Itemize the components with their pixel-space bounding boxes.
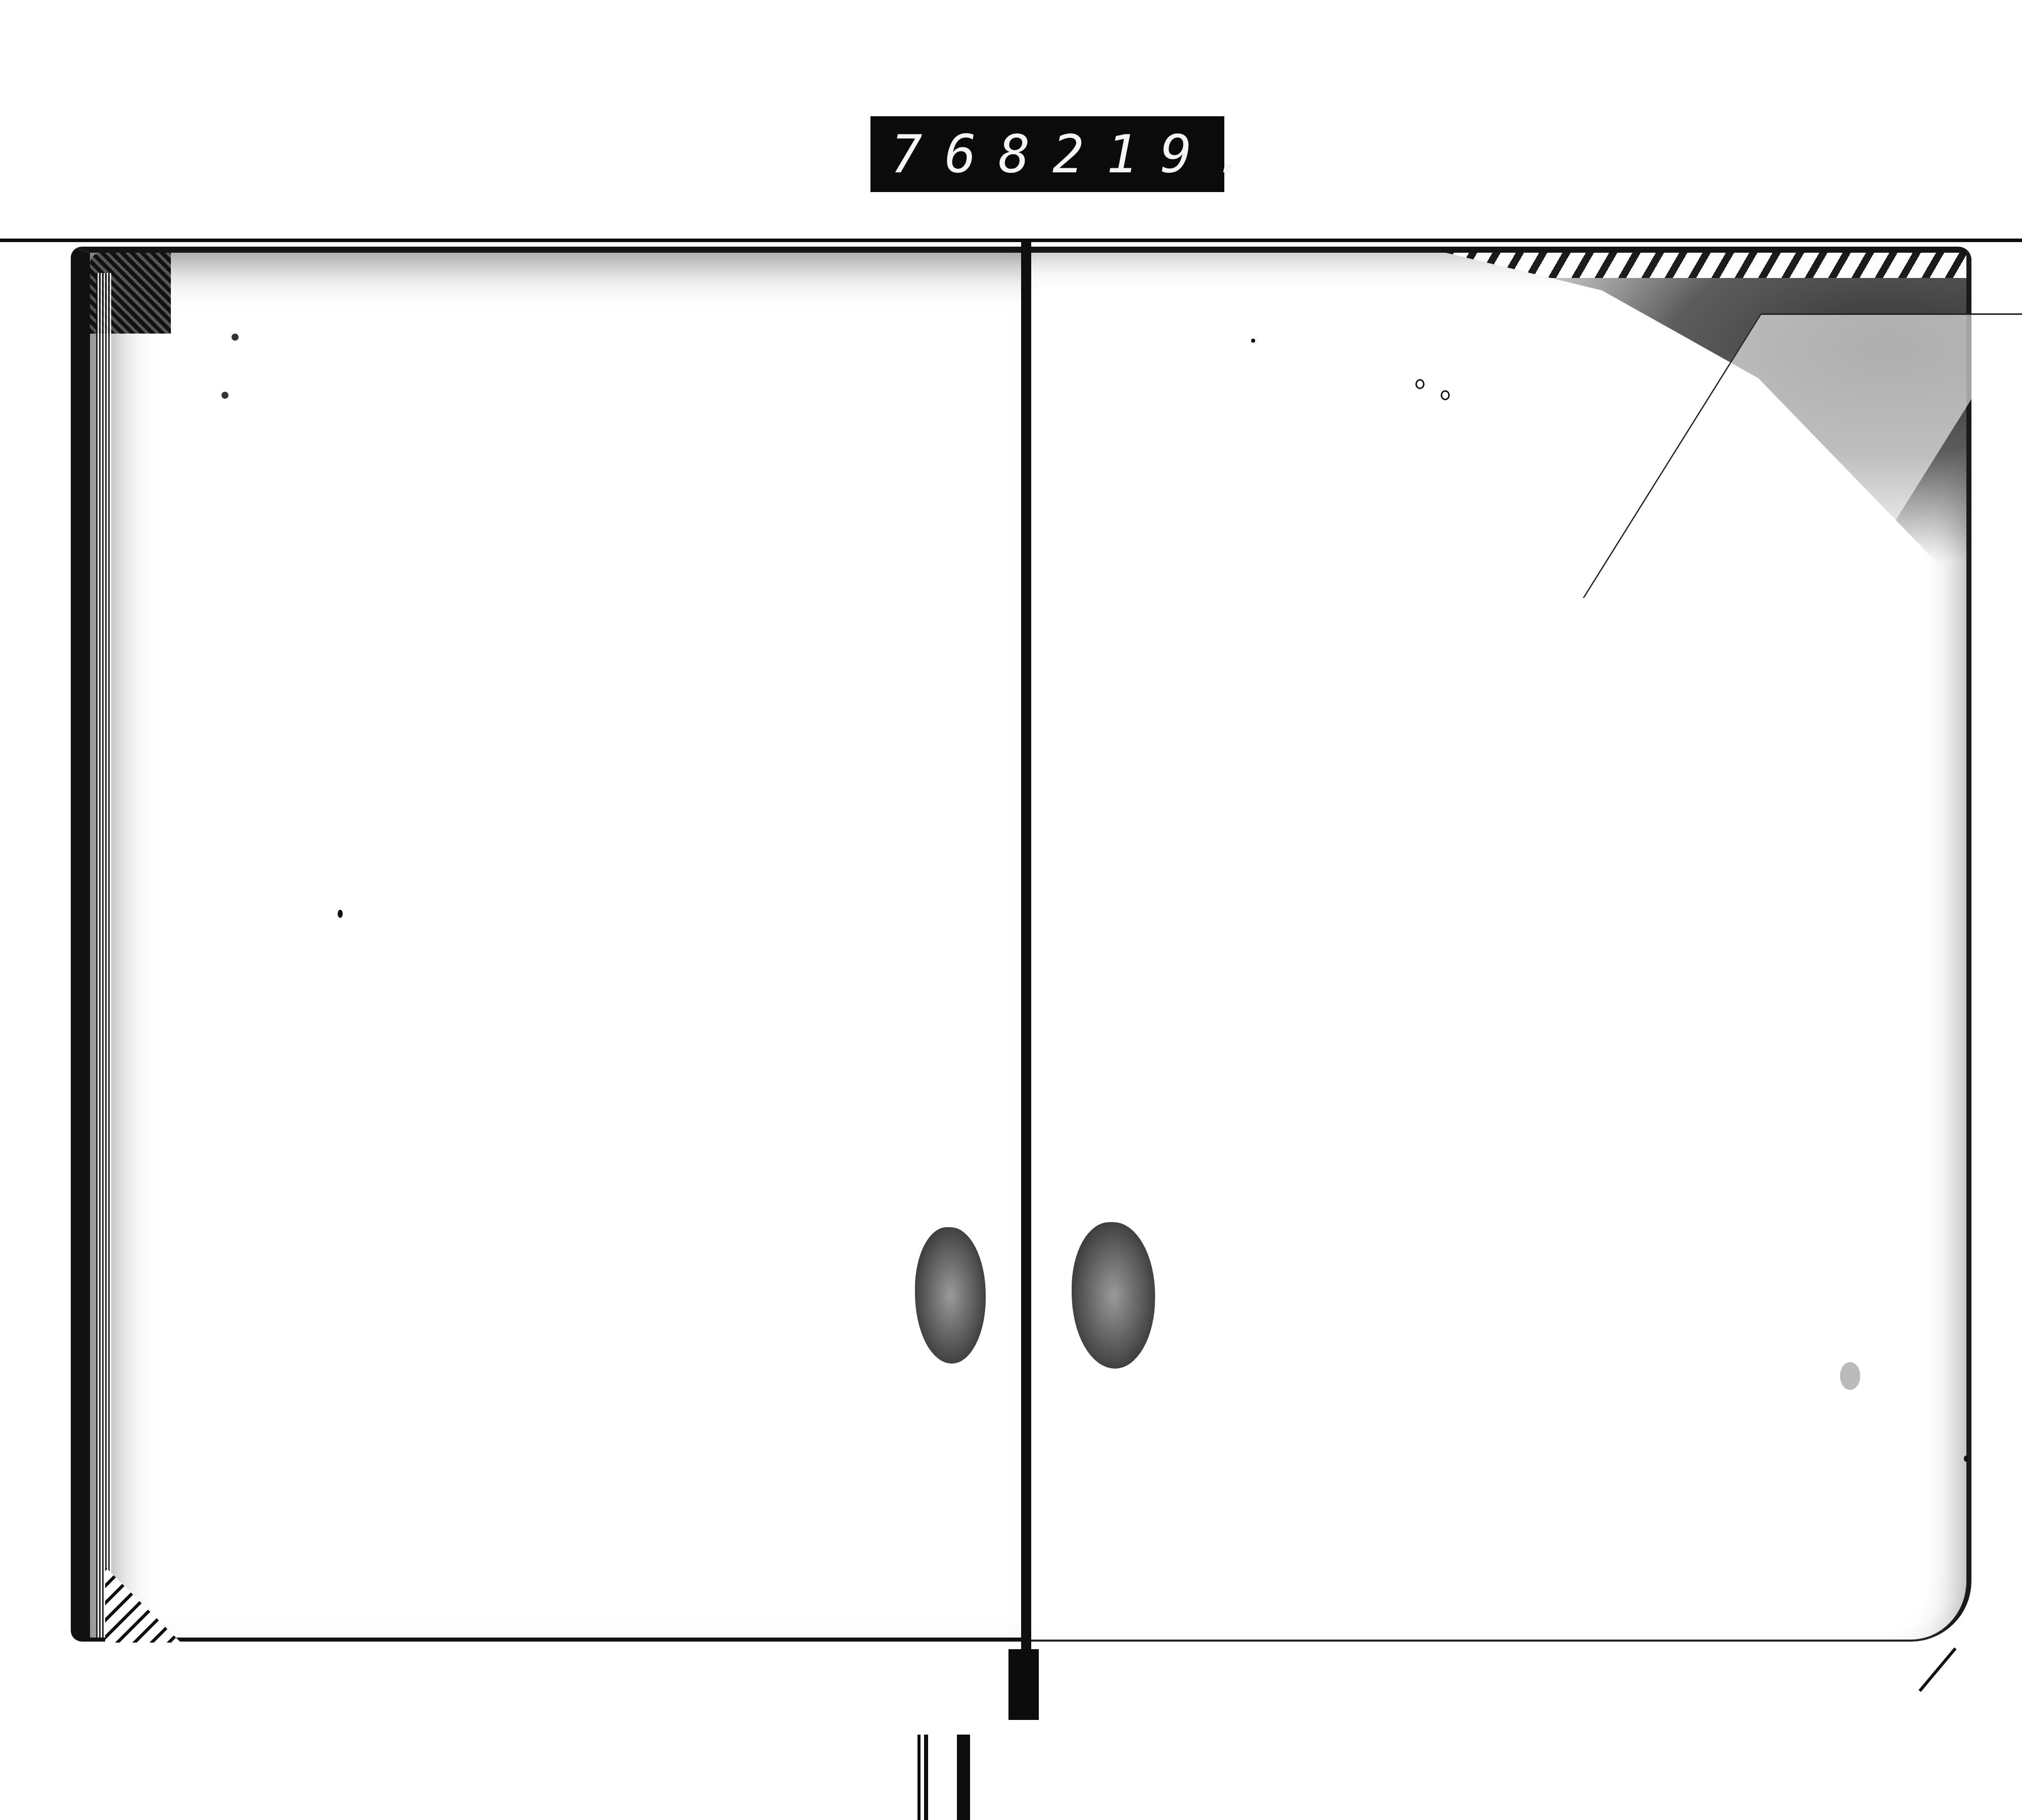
counter-digit: 8 — [998, 123, 1052, 185]
corner-wear-bottom-right — [1872, 1608, 1956, 1692]
ink-speck — [232, 334, 239, 341]
stain-right — [1072, 1222, 1155, 1369]
left-page — [71, 247, 1021, 1642]
stain-left — [915, 1227, 986, 1364]
counter-digit: 9. — [1160, 123, 1268, 185]
ink-speck — [221, 392, 228, 399]
ring-speck — [1441, 390, 1450, 400]
counter-digit: 2 — [1052, 123, 1107, 185]
corner-fold-bottom-left — [105, 1567, 181, 1643]
scanner-artifact-bar — [917, 1735, 921, 1820]
scanner-artifact-bar — [924, 1735, 928, 1820]
ink-speck — [1251, 339, 1255, 343]
counter-digit: 6 — [945, 123, 999, 185]
scanner-artifact-bar — [957, 1735, 970, 1820]
ink-speck — [1964, 1456, 1968, 1462]
book-spine — [1021, 242, 1031, 1652]
counter-digit: 7 — [891, 123, 945, 185]
ink-speck — [338, 910, 343, 918]
ring-speck — [1415, 379, 1424, 389]
spine-clip-block — [1008, 1649, 1039, 1720]
page-edge-lines — [96, 273, 111, 1638]
counter-digit: 1 — [1107, 123, 1161, 185]
right-page — [1031, 247, 1971, 1642]
ink-speck — [1840, 1362, 1860, 1390]
book-spread — [71, 242, 1977, 1647]
frame-counter-label: 7 6 8 2 1 9. — [870, 116, 1224, 192]
